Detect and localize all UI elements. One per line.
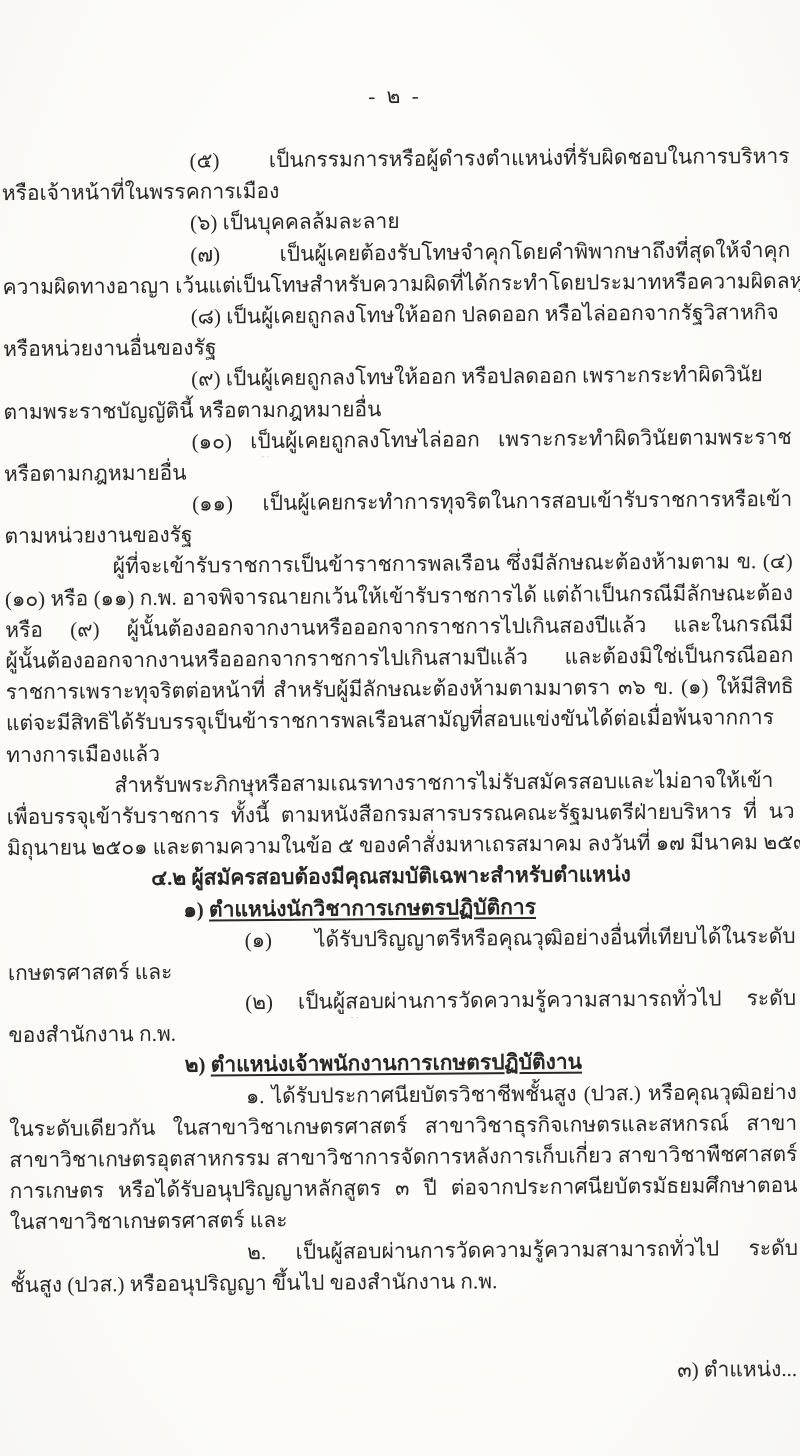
- footer-continuation: ๓) ตำแหน่ง...: [677, 1353, 797, 1387]
- text-line: (๕) เป็นกรรมการหรือผู้ดำรงตำแหน่งที่รับผ…: [1, 141, 789, 178]
- text-line: (๒) เป็นผู้สอบผ่านการวัดความรู้ความสามาร…: [8, 983, 796, 1020]
- scanned-text-layer: - ๒ - (๕) เป็นกรรมการหรือผู้ดำรงตำแหน่งท…: [0, 0, 800, 1456]
- document-body: (๕) เป็นกรรมการหรือผู้ดำรงตำแหน่งที่รับผ…: [1, 141, 798, 1301]
- heading-number: ๑): [183, 897, 209, 921]
- text-line: (๑๐) เป็นผู้เคยถูกลงโทษไล่ออก เพราะกระทำ…: [4, 422, 792, 459]
- heading-title: ตำแหน่งเจ้าพนักงานการเกษตรปฏิบัติงาน: [211, 1050, 582, 1077]
- text-line: (๘) เป็นผู้เคยถูกลงโทษให้ออก ปลดออก หรือ…: [3, 297, 791, 334]
- text-line: มิถุนายน ๒๕๐๑ และตามความในข้อ ๕ ของคำสั่…: [7, 827, 795, 864]
- text-line: แต่จะมีสิทธิได้รับบรรจุเป็นข้าราชการพลเร…: [6, 702, 794, 739]
- page-number: - ๒ -: [0, 77, 795, 116]
- heading-title: ตำแหน่งนักวิชาการเกษตรปฏิบัติการ: [209, 894, 536, 921]
- heading-number: ๒): [185, 1053, 211, 1077]
- text-line: (๙) เป็นผู้เคยถูกลงโทษให้ออก หรือปลดออก …: [3, 359, 791, 396]
- document-page: - ๒ - (๕) เป็นกรรมการหรือผู้ดำรงตำแหน่งท…: [0, 0, 800, 1456]
- text-line: ๒. เป็นผู้สอบผ่านการวัดความรู้ความสามารถ…: [10, 1232, 798, 1269]
- text-line: (๑) ได้รับปริญญาตรีหรือคุณวุฒิอย่างอื่นท…: [8, 921, 796, 958]
- text-line: (๑๑) เป็นผู้เคยกระทำการทุจริตในการสอบเข้…: [4, 484, 792, 521]
- text-line: ชั้นสูง (ปวส.) หรืออนุปริญญา ขึ้นไป ของส…: [10, 1264, 798, 1301]
